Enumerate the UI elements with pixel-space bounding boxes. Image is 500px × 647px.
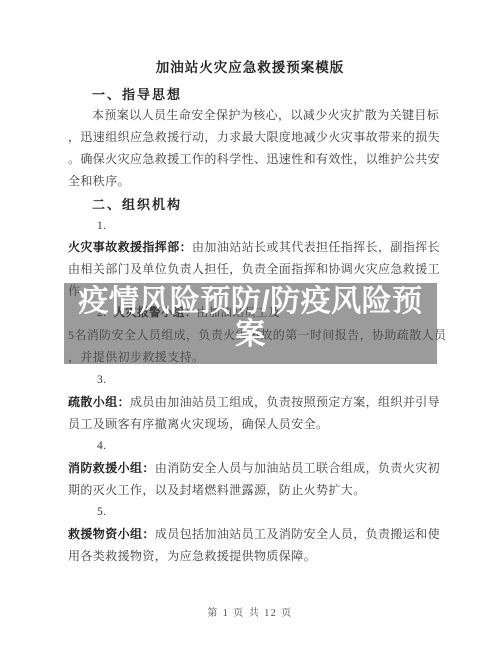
paragraph-line: 消防救援小组：由消防安全人员与加油站员工联合组成，负责火灾初: [68, 461, 440, 476]
paragraph-lead: 火灾事故救援指挥部：: [68, 240, 192, 254]
section-heading-1: 一、指导思想: [92, 87, 182, 102]
paragraph-lead: 疏散小组：: [68, 395, 130, 409]
paragraph-line: 火灾事故救援指挥部：由加油站站长或其代表担任指挥长，副指挥长: [68, 240, 440, 255]
paragraph-line: 员工及顾客有序撤离火灾现场，确保人员安全。: [68, 417, 328, 432]
paragraph-line: 由相关部门及单位负责人担任，负责全面指挥和协调火灾应急救援工: [68, 262, 440, 277]
list-number-4: 4.: [97, 439, 106, 454]
paragraph-line: 期的灭火工作，以及封堵燃料泄露源，防止火势扩大。: [68, 483, 366, 498]
list-number-1: 1.: [97, 219, 106, 234]
paragraph-lead: 救援物资小组：: [68, 527, 155, 541]
section-heading-2: 二、组织机构: [92, 197, 182, 212]
list-number-5: 5.: [97, 505, 106, 520]
paragraph-rest: 由消防安全人员与加油站员工联合组成，负责火灾初: [155, 461, 440, 475]
document-title: 加油站火灾应急救援预案模版: [0, 60, 500, 75]
watermark-banner: 疫情风险预防/防疫风险预 案: [64, 283, 437, 364]
watermark-text-line1: 疫情风险预防/防疫风险预: [78, 285, 422, 318]
list-number-3: 3.: [97, 373, 106, 388]
paragraph-line: ，迅速组织应急救援行动，力求最大限度地减少火灾事故带来的损失: [68, 130, 440, 145]
paragraph-line: 救援物资小组：成员包括加油站员工及消防安全人员，负责搬运和使: [68, 527, 440, 542]
paragraph-line: 用各类救援物资，为应急救援提供物质保障。: [68, 549, 316, 564]
paragraph-line: 全和秩序。: [68, 174, 130, 189]
page-footer: 第 1 页 共 12 页: [0, 606, 500, 621]
paragraph-line: 本预案以人员生命安全保护为核心，以减少火灾扩散为关键目标: [92, 108, 439, 123]
watermark-text-line2: 案: [235, 318, 266, 351]
paragraph-rest: 成员包括加油站员工及消防安全人员，负责搬运和使: [155, 527, 440, 541]
document-page: 加油站火灾应急救援预案模版 一、指导思想 本预案以人员生命安全保护为核心，以减少…: [0, 0, 500, 647]
paragraph-rest: 由加油站站长或其代表担任指挥长，副指挥长: [192, 240, 440, 254]
paragraph-line: 。确保火灾应急救援工作的科学性、迅速性和有效性，以维护公共安: [68, 152, 440, 167]
paragraph-rest: 成员由加油站员工组成，负责按照预定方案，组织并引导: [130, 395, 440, 409]
paragraph-line: 疏散小组：成员由加油站员工组成，负责按照预定方案，组织并引导: [68, 395, 440, 410]
paragraph-lead: 消防救援小组：: [68, 461, 155, 475]
